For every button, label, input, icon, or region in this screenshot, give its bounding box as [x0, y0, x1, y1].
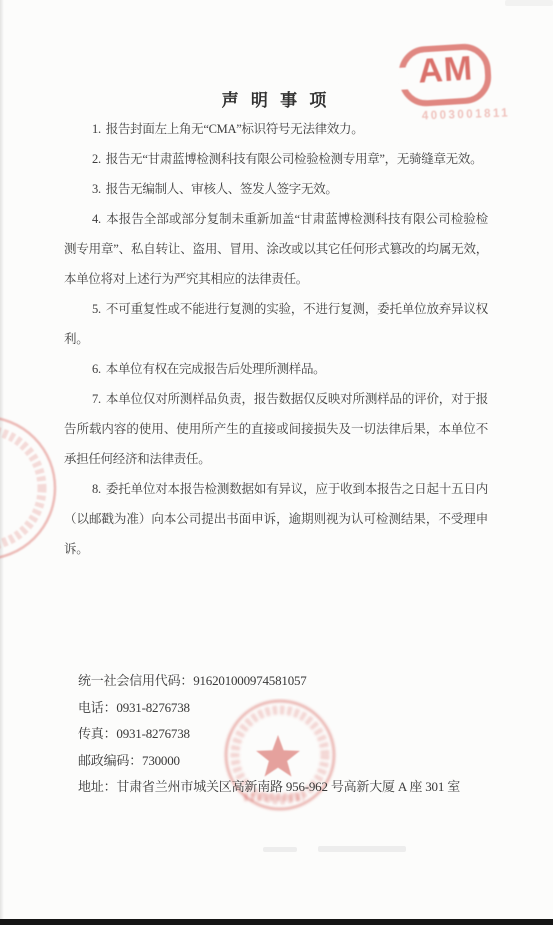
statement-item: 6.本单位有权在完成报告后处理所测样品。	[64, 354, 488, 384]
scan-smudge	[505, 0, 553, 6]
item-number: 6.	[92, 362, 101, 376]
item-text: 本单位仅对所测样品负责，报告数据仅反映对所测样品的评价，对于报告所载内容的使用、…	[64, 392, 488, 466]
item-text: 本报告全部或部分复制未重新加盖“甘肃蓝博检测科技有限公司检验检测专用章”、私自转…	[64, 212, 488, 286]
footer-row: 传真：0931-8276738	[78, 721, 518, 748]
scan-bottom-edge	[0, 919, 553, 925]
footer-value: 730000	[142, 753, 180, 768]
item-number: 5.	[92, 302, 101, 316]
statement-item: 3.报告无编制人、审核人、签发人签字无效。	[64, 174, 488, 204]
footer-row: 统一社会信用代码：916201000974581057	[78, 668, 518, 695]
item-number: 7.	[92, 392, 101, 406]
item-text: 报告封面左上角无“CMA”标识符号无法律效力。	[106, 122, 364, 136]
item-text: 报告无“甘肃蓝博检测科技有限公司检验检测专用章”，无骑缝章无效。	[106, 152, 483, 166]
item-text: 委托单位对本报告检测数据如有异议，应于收到本报告之日起十五日内（以邮戳为准）向本…	[64, 482, 488, 556]
footer-label: 统一社会信用代码：	[78, 673, 193, 688]
item-number: 8.	[92, 482, 101, 496]
statement-title: 声 明 事 项	[64, 86, 488, 111]
footer-row: 地址：甘肃省兰州市城关区高新南路 956-962 号高新大厦 A 座 301 室	[78, 774, 518, 801]
footer-label: 传真：	[78, 726, 116, 741]
item-number: 4.	[92, 212, 101, 226]
statement-body: 1.报告封面左上角无“CMA”标识符号无法律效力。 2.报告无“甘肃蓝博检测科技…	[64, 114, 488, 564]
statement-item: 8.委托单位对本报告检测数据如有异议，应于收到本报告之日起十五日内（以邮戳为准）…	[64, 474, 488, 564]
statement-item: 2.报告无“甘肃蓝博检测科技有限公司检验检测专用章”，无骑缝章无效。	[64, 144, 488, 174]
footer-label: 邮政编码：	[78, 753, 142, 768]
statement-item: 4.本报告全部或部分复制未重新加盖“甘肃蓝博检测科技有限公司检验检测专用章”、私…	[64, 204, 488, 294]
footer-value: 0931-8276738	[116, 726, 189, 741]
scan-smudge	[318, 846, 406, 852]
statement-item: 5.不可重复性或不能进行复测的实验，不进行复测，委托单位放弃异议权利。	[64, 294, 488, 354]
footer-value: 甘肃省兰州市城关区高新南路 956-962 号高新大厦 A 座 301 室	[116, 779, 460, 794]
footer-value: 0931-8276738	[116, 700, 189, 715]
item-text: 报告无编制人、审核人、签发人签字无效。	[106, 182, 338, 196]
item-number: 3.	[92, 182, 101, 196]
item-number: 2.	[92, 152, 101, 166]
footer-row: 电话：0931-8276738	[78, 695, 518, 722]
left-partial-seal	[0, 412, 64, 564]
footer-value: 916201000974581057	[193, 673, 306, 688]
statement-item: 1.报告封面左上角无“CMA”标识符号无法律效力。	[64, 114, 488, 144]
cma-letters: AM	[397, 50, 495, 90]
scan-smudge	[263, 847, 297, 852]
contact-block: 统一社会信用代码：916201000974581057 电话：0931-8276…	[78, 668, 518, 801]
document-page: AM 4003001811 声 明 事 项 1.报告封面左上角无“CMA”标识符…	[0, 0, 553, 925]
footer-label: 电话：	[78, 700, 116, 715]
item-text: 本单位有权在完成报告后处理所测样品。	[106, 362, 326, 376]
statement-item: 7.本单位仅对所测样品负责，报告数据仅反映对所测样品的评价，对于报告所载内容的使…	[64, 384, 488, 474]
footer-label: 地址：	[78, 779, 116, 794]
item-number: 1.	[92, 122, 101, 136]
item-text: 不可重复性或不能进行复测的实验，不进行复测，委托单位放弃异议权利。	[64, 302, 488, 346]
footer-row: 邮政编码：730000	[78, 748, 518, 775]
